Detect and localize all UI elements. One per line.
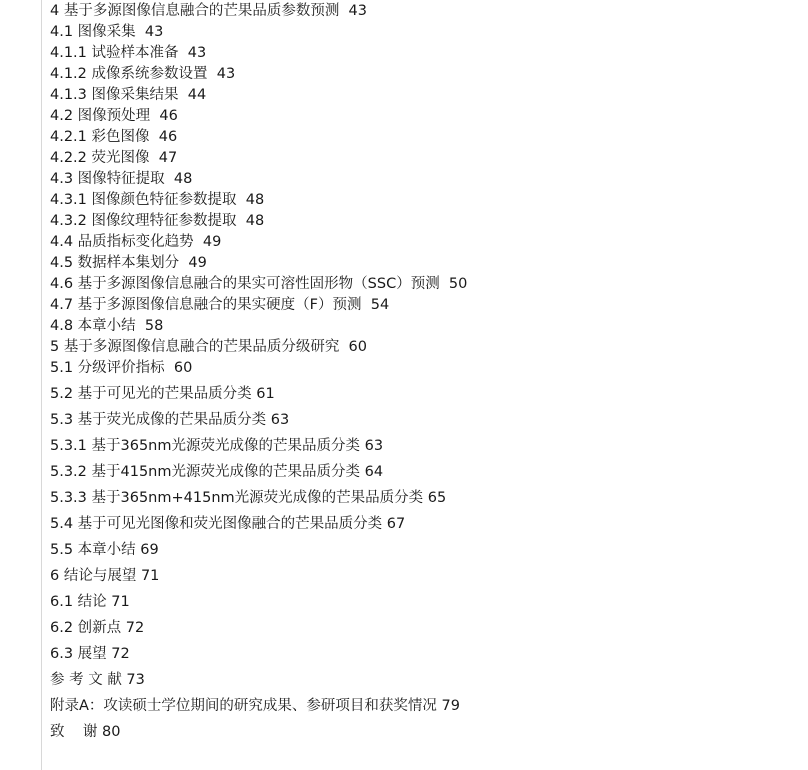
toc-entry-6-2: 6.2 创新点 72 [50,618,144,638]
toc-entry-5: 5 基于多源图像信息融合的芒果品质分级研究 60 [50,337,367,357]
toc-entry-4-1-2: 4.1.2 成像系统参数设置 43 [50,64,235,84]
toc-entry-4-7: 4.7 基于多源图像信息融合的果实硬度（F）预测 54 [50,295,389,315]
toc-entry-4-2: 4.2 图像预处理 46 [50,106,178,126]
toc-entry-4-1-3: 4.1.3 图像采集结果 44 [50,85,206,105]
toc-entry-5-4: 5.4 基于可见光图像和荧光图像融合的芒果品质分类 67 [50,514,405,534]
toc-entry-4-3-2: 4.3.2 图像纹理特征参数提取 48 [50,211,264,231]
toc-entry-4-8: 4.8 本章小结 58 [50,316,163,336]
toc-entry-4-6: 4.6 基于多源图像信息融合的果实可溶性固形物（SSC）预测 50 [50,274,467,294]
toc-entry-5-3-3: 5.3.3 基于365nm+415nm光源荧光成像的芒果品质分类 65 [50,488,446,508]
toc-entry-5-3-2: 5.3.2 基于415nm光源荧光成像的芒果品质分类 64 [50,462,383,482]
toc-entry-5-2: 5.2 基于可见光的芒果品质分类 61 [50,384,275,404]
toc-entry-5-1: 5.1 分级评价指标 60 [50,358,192,378]
toc-entry-4-3-1: 4.3.1 图像颜色特征参数提取 48 [50,190,264,210]
toc-entry-4-2-2: 4.2.2 荧光图像 47 [50,148,177,168]
toc-entry-6-1: 6.1 结论 71 [50,592,130,612]
toc-entry-4-3: 4.3 图像特征提取 48 [50,169,192,189]
toc-entry-4-1-1: 4.1.1 试验样本准备 43 [50,43,206,63]
toc-entry-4-4: 4.4 品质指标变化趋势 49 [50,232,221,252]
toc-entry-acknowledgements: 致 谢 80 [50,722,121,742]
toc-entry-6-3: 6.3 展望 72 [50,644,130,664]
toc-entry-4: 4 基于多源图像信息融合的芒果品质参数预测 43 [50,1,367,21]
toc-entry-references: 参 考 文 献 73 [50,670,145,690]
toc-entry-appendix-a: 附录A：攻读硕士学位期间的研究成果、参研项目和获奖情况 79 [50,696,460,716]
toc-entry-6: 6 结论与展望 71 [50,566,159,586]
toc-entry-5-3-1: 5.3.1 基于365nm光源荧光成像的芒果品质分类 63 [50,436,383,456]
toc-entry-4-2-1: 4.2.1 彩色图像 46 [50,127,177,147]
toc-entry-4-1: 4.1 图像采集 43 [50,22,163,42]
toc-entry-5-5: 5.5 本章小结 69 [50,540,159,560]
toc-entry-5-3: 5.3 基于荧光成像的芒果品质分类 63 [50,410,289,430]
toc-entry-4-5: 4.5 数据样本集划分 49 [50,253,207,273]
left-margin-rule [41,0,42,770]
